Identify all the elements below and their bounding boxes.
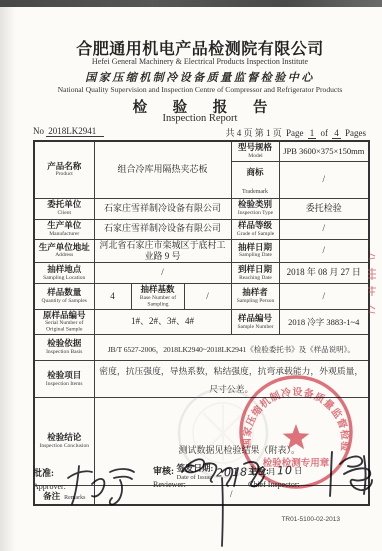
trademark-label: 商标 Trademark [231, 161, 279, 198]
reaching-date-label-en: Reaching Date [234, 275, 275, 281]
report-number: No 2018LK2941 [33, 126, 104, 139]
sample-number-label-cn: 样品编号 [233, 314, 278, 324]
inspection-type-label-en: Inspection Type [234, 210, 275, 216]
scan-top-bar [0, 0, 382, 7]
sample-number-label: 样品编号 Sample Number [231, 310, 279, 335]
client-label-en: Client [38, 210, 90, 216]
approver-signature [62, 458, 142, 512]
original-serial-label-en: Serial Number of Original Sample [38, 321, 90, 333]
report-title-en: Inspection Report [24, 113, 376, 124]
base-number-label-cn: 抽样基数 [133, 285, 183, 295]
chief-inspector-signature [320, 448, 378, 500]
report-no-value: 2018LK2941 [46, 126, 104, 137]
original-serial-label: 原样品编号 Serial Number of Original Sample [34, 310, 94, 335]
model-label: 型号规格 Model [231, 141, 279, 161]
centre-name-en: National Quality Supervision and Inspect… [24, 85, 376, 94]
model-label-cn: 型号规格 [233, 143, 278, 153]
sampling-date-label-cn: 抽样日期 [233, 243, 278, 253]
product-value: 组合冷库用隔热夹芯板 [94, 141, 231, 198]
grade-label-cn: 样品等级 [233, 221, 278, 231]
address-label-cn: 生产单位地址 [36, 243, 93, 253]
base-number-label: 抽样基数 Base Number of Sampling [131, 284, 184, 310]
page-count: 共 4 页 第 1 页 Page 1 of 4 Pages [225, 126, 368, 139]
sampling-location-value: / [94, 263, 231, 284]
company-name-en: Hefei General Machinery & Electrical Pro… [24, 57, 376, 66]
inspection-type-value: 委托检验 [279, 198, 369, 219]
grade-label: 样品等级 Grade of Sample [231, 219, 279, 239]
of-word: of [321, 128, 329, 138]
trademark-label-cn: 商标 [247, 167, 264, 177]
base-number-value: / [184, 284, 231, 310]
basis-label-cn: 检验依据 [36, 339, 93, 349]
company-name-cn: 合肥通用机电产品检测院有限公司 [24, 36, 376, 59]
sampling-person-label-en: Sampling Person [234, 298, 275, 304]
quantity-label: 样品数量 Quantity of Samples [34, 284, 94, 310]
page-total: 4 [332, 128, 341, 139]
client-label-cn: 委托单位 [36, 200, 93, 210]
seal-star-icon [283, 424, 310, 449]
address-value: 河北省石家庄市栾城区于底村工业路 9 号 [94, 239, 231, 263]
model-value: JPB 3600×375×150mm [279, 141, 369, 161]
centre-name-cn: 国家压缩机制冷设备质量监督检验中心 [24, 69, 376, 85]
sampling-date-value: / [279, 239, 369, 263]
no-label: No [33, 126, 44, 136]
grade-label-en: Grade of Sample [234, 231, 275, 237]
original-serial-label-cn: 原样品编号 [36, 311, 93, 321]
manufacturer-value: 石家庄雪祥制冷设备有限公司 [94, 219, 231, 239]
original-serial-value: 1#、2#、3#、4# [94, 310, 231, 335]
basis-label-en: Inspection Basis [38, 349, 90, 355]
items-label-en: Inspection Items [38, 381, 90, 387]
document-code: TR01-5100-02-2013 [281, 516, 340, 523]
client-value: 石家庄雪祥制冷设备有限公司 [94, 198, 231, 219]
sampling-person-label: 抽样者 Sampling Person [231, 284, 279, 310]
page-current: 1 [308, 128, 317, 139]
remarks-label-cn: 备注 [43, 491, 60, 501]
inspection-report-page: 合肥通用机电产品检测院有限公司 Hefei General Machinery … [0, 0, 382, 551]
inspection-type-label-cn: 检验类别 [233, 200, 278, 210]
pages-word: Pages [345, 128, 366, 138]
reviewer-signature [178, 450, 270, 550]
report-number-line: No 2018LK2941 共 4 页 第 1 页 Page 1 of 4 Pa… [33, 126, 368, 139]
grade-value: / [279, 219, 369, 239]
sampling-location-label: 抽样地点 Sampling Location [34, 263, 94, 284]
items-label-cn: 检验项目 [36, 371, 93, 381]
sampling-person-label-cn: 抽样者 [233, 288, 278, 298]
sampling-date-label: 抽样日期 Sampling Date [231, 239, 279, 263]
reaching-date-label: 到样日期 Reaching Date [231, 263, 279, 284]
scan-edge-shadow [0, 7, 16, 551]
model-label-en: Model [234, 153, 275, 159]
sampling-location-label-cn: 抽样地点 [36, 265, 93, 275]
page-count-cn: 共 4 页 第 1 页 [225, 128, 281, 138]
red-margin-marks [364, 250, 380, 324]
approver-label-cn: 批准: [33, 468, 54, 478]
manufacturer-label: 生产单位 Manufacturer [34, 219, 94, 239]
product-label-en: Product [38, 172, 90, 178]
reaching-date-value: 2018 年 08 月 27 日 [279, 263, 369, 284]
base-number-label-en: Base Number of Sampling [135, 295, 181, 307]
quantity-label-cn: 样品数量 [36, 288, 93, 298]
manufacturer-label-en: Manufacturer [38, 231, 90, 237]
quantity-label-en: Quantity of Samples [38, 298, 90, 304]
sample-number-value: 2018 冷字 3883-1~4 [279, 310, 369, 335]
address-label-en: Address [38, 253, 90, 259]
address-label: 生产单位地址 Address [34, 239, 94, 263]
sampling-date-label-en: Sampling Date [234, 253, 275, 259]
manufacturer-label-cn: 生产单位 [36, 221, 93, 231]
quantity-value: 4 [94, 284, 131, 310]
client-label: 委托单位 Client [34, 198, 94, 219]
items-label: 检验项目 Inspection Items [34, 361, 94, 398]
basis-label: 检验依据 Inspection Basis [34, 335, 94, 361]
trademark-value: / [279, 161, 369, 198]
product-label-cn: 产品名称 [36, 162, 93, 172]
page-word: Page [286, 128, 304, 138]
basis-value: JB/T 6527-2006，2018LK2940~2018LK2941《检验委… [108, 345, 355, 354]
inspection-type-label: 检验类别 Inspection Type [231, 198, 279, 219]
conclusion-label-en: Inspection Conclusion [38, 443, 90, 449]
sample-number-label-en: Sample Number [234, 324, 275, 330]
reviewer-label-cn: 审核: [153, 466, 174, 476]
reaching-date-label-cn: 到样日期 [233, 265, 278, 275]
conclusion-label-cn: 检验结论 [36, 433, 93, 443]
approver-label-en: Approver: [33, 482, 66, 491]
product-label: 产品名称 Product [34, 141, 94, 198]
sampling-person-value: / [279, 284, 369, 310]
approver-label: 批准: Approver: [33, 466, 66, 491]
trademark-label-en: Trademark [242, 189, 268, 195]
sampling-location-label-en: Sampling Location [38, 275, 90, 281]
